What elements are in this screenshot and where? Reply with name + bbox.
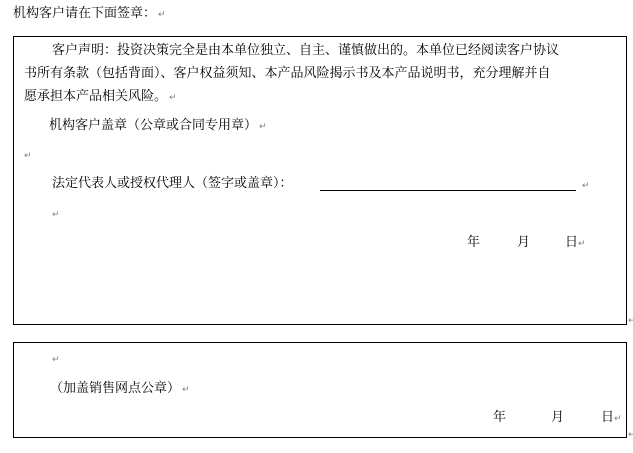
month-label: 月	[551, 410, 601, 426]
cell-end-mark-icon: ↵	[628, 430, 633, 440]
paragraph-mark-icon: ↵	[52, 352, 60, 368]
paragraph-mark-icon: ↵	[614, 414, 622, 424]
representative-label: 法定代表人或授权代理人（签字或盖章）：	[52, 176, 293, 192]
cell-end-mark-icon: ↵	[628, 316, 633, 326]
outlet-seal-text: （加盖销售网点公章）	[50, 381, 180, 396]
declaration-line-3: 愿承担本产品相关风险。↵	[24, 89, 177, 106]
intro-label: 机构客户请在下面签章：	[13, 6, 156, 21]
signature-line[interactable]	[320, 190, 576, 191]
paragraph-mark-icon: ↵	[578, 239, 586, 249]
day-label: 日	[565, 235, 578, 250]
declaration-line-2: 书所有条款（包括背面）、客户权益须知、本产品风险揭示书及本产品说明书，充分理解并…	[24, 66, 551, 82]
seal-label-text: 机构客户盖章（公章或合同专用章）	[49, 118, 257, 133]
paragraph-mark-icon: ↵	[259, 122, 267, 132]
year-label: 年	[467, 235, 517, 251]
declaration-text-2: 书所有条款（包括背面）、客户权益须知、本产品风险揭示书及本产品说明书，充分理解并…	[24, 66, 551, 81]
declaration-text-3: 愿承担本产品相关风险。	[24, 89, 167, 104]
date-row-1: 年月日↵	[467, 235, 586, 252]
sales-outlet-seal-label: （加盖销售网点公章）↵	[50, 381, 190, 398]
institution-seal-label: 机构客户盖章（公章或合同专用章）↵	[49, 118, 267, 135]
paragraph-mark-icon: ↵	[52, 207, 60, 223]
year-label: 年	[493, 410, 551, 426]
declaration-line-1: 客户声明：投资决策完全是由本单位独立、自主、谨慎做出的。本单位已经阅读客户协议	[52, 43, 559, 59]
paragraph-mark-icon: ↵	[169, 93, 177, 103]
month-label: 月	[517, 235, 565, 251]
paragraph-mark-icon: ↵	[182, 385, 190, 395]
paragraph-mark-icon: ↵	[582, 178, 590, 194]
paragraph-mark-icon: ↵	[158, 10, 166, 20]
paragraph-mark-icon: ↵	[24, 148, 32, 164]
date-row-2: 年月日↵	[493, 410, 622, 427]
rep-label-text: 法定代表人或授权代理人（签字或盖章）：	[52, 176, 293, 191]
intro-text: 机构客户请在下面签章：↵	[13, 6, 166, 23]
declaration-text-1: 客户声明：投资决策完全是由本单位独立、自主、谨慎做出的。本单位已经阅读客户协议	[52, 43, 559, 58]
day-label: 日	[601, 410, 614, 425]
